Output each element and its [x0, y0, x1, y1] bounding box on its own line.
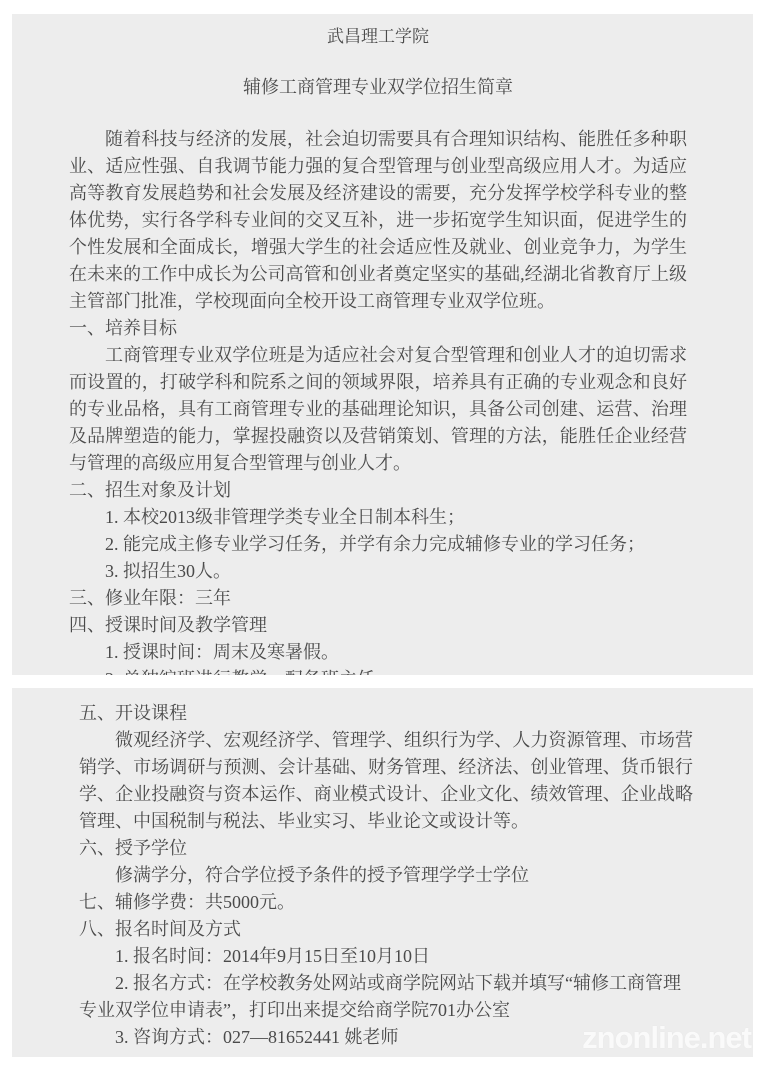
page-subtitle: 辅修工商管理专业双学位招生简章	[69, 74, 687, 101]
section-paragraph: 修满学分，符合学位授予条件的授予管理学学士学位	[79, 862, 693, 889]
section-paragraph: 工商管理专业双学位班是为适应社会对复合型管理和创业人才的迫切需求而设置的，打破学…	[69, 342, 687, 477]
section-heading: 七、辅修学费：共5000元。	[79, 889, 693, 916]
document-block-bottom: 五、开设课程微观经济学、宏观经济学、管理学、组织行为学、人力资源管理、市场营销学…	[12, 688, 753, 1057]
numbered-item: 2. 报名方式：在学校教务处网站或商学院网站下载并填写“辅修工商管理专业双学位申…	[79, 970, 693, 1024]
numbered-item: 1. 报名时间：2014年9月15日至10月10日	[79, 943, 693, 970]
page-title: 武昌理工学院	[69, 23, 687, 50]
sections-bottom: 五、开设课程微观经济学、宏观经济学、管理学、组织行为学、人力资源管理、市场营销学…	[79, 700, 693, 1051]
section-heading: 三、修业年限：三年	[69, 585, 687, 612]
numbered-item: 1. 本校2013级非管理学类专业全日制本科生；	[69, 504, 687, 531]
section-heading: 八、报名时间及方式	[79, 916, 693, 943]
intro-paragraph: 随着科技与经济的发展，社会迫切需要具有合理知识结构、能胜任多种职业、适应性强、自…	[69, 126, 687, 315]
watermark: znonline.net	[582, 1022, 751, 1053]
numbered-item: 1. 授课时间：周末及寒暑假。	[69, 639, 687, 666]
section-heading: 五、开设课程	[79, 700, 693, 727]
numbered-item: 2. 能完成主修专业学习任务，并学有余力完成辅修专业的学习任务；	[69, 531, 687, 558]
section-heading: 六、授予学位	[79, 835, 693, 862]
sections-top: 一、培养目标工商管理专业双学位班是为适应社会对复合型管理和创业人才的迫切需求而设…	[69, 315, 687, 675]
section-paragraph: 微观经济学、宏观经济学、管理学、组织行为学、人力资源管理、市场营销学、市场调研与…	[79, 727, 693, 835]
section-heading: 四、授课时间及教学管理	[69, 612, 687, 639]
numbered-item: 3. 拟招生30人。	[69, 558, 687, 585]
numbered-item: 2. 单独编班进行教学，配备班主任。	[69, 666, 687, 675]
document-block-top: 武昌理工学院 辅修工商管理专业双学位招生简章 随着科技与经济的发展，社会迫切需要…	[12, 14, 753, 675]
section-heading: 二、招生对象及计划	[69, 477, 687, 504]
document-page: 武昌理工学院 辅修工商管理专业双学位招生简章 随着科技与经济的发展，社会迫切需要…	[0, 0, 763, 1067]
section-heading: 一、培养目标	[69, 315, 687, 342]
